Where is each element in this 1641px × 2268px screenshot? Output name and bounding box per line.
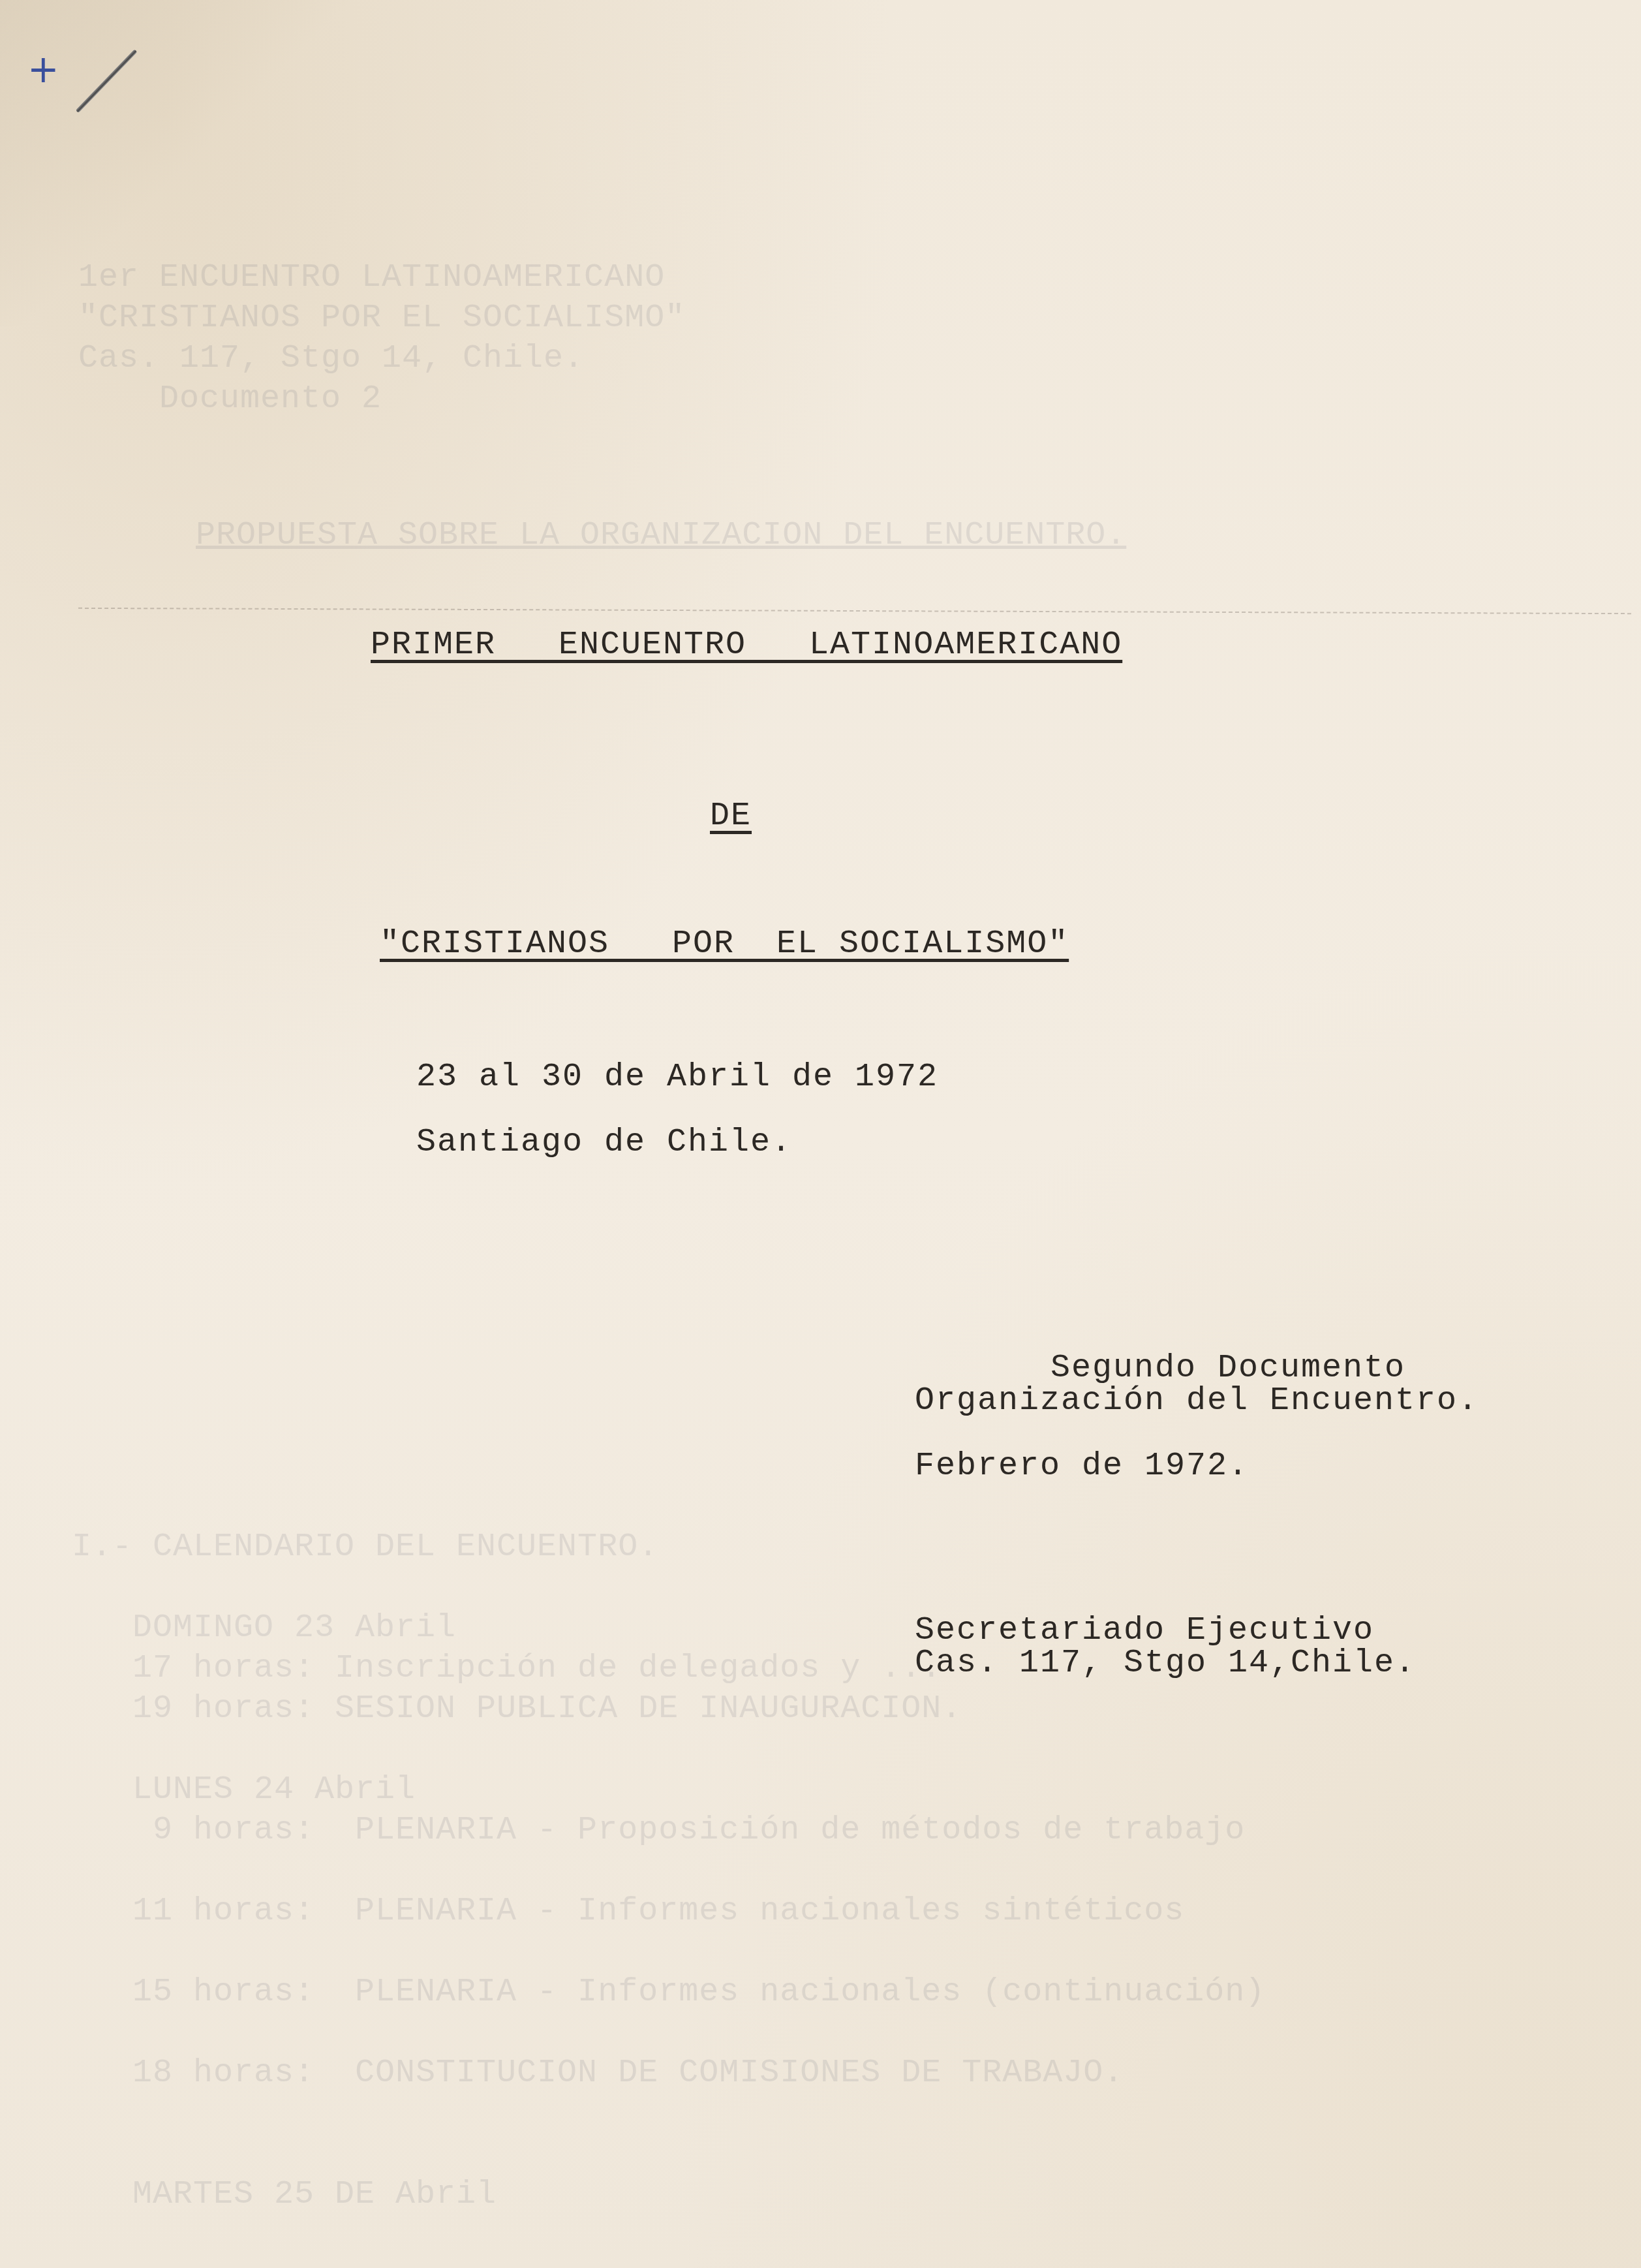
title-line-2: DE <box>710 798 752 835</box>
event-place: Santiago de Chile. <box>416 1124 792 1161</box>
pen-mark-icon: + <box>27 47 59 91</box>
title-line-3: "CRISTIANOS POR EL SOCIALISMO" <box>380 925 1069 963</box>
bleed-through-header: 1er ENCUENTRO LATINOAMERICANO "CRISTIANO… <box>78 258 685 420</box>
bleed-through-heading: PROPUESTA SOBRE LA ORGANIZACION DEL ENCU… <box>196 516 1126 556</box>
title-line-1: PRIMER ENCUENTRO LATINOAMERICANO <box>371 627 1122 664</box>
document-date: Febrero de 1972. <box>915 1448 1249 1485</box>
sender-address: Cas. 117, Stgo 14,Chile. <box>915 1645 1416 1682</box>
document-subject: Organización del Encuentro. <box>915 1382 1479 1420</box>
event-dates: 23 al 30 de Abril de 1972 <box>416 1059 938 1096</box>
document-number: Segundo Documento <box>1051 1350 1405 1387</box>
sender-name: Secretariado Ejecutivo <box>915 1612 1374 1649</box>
